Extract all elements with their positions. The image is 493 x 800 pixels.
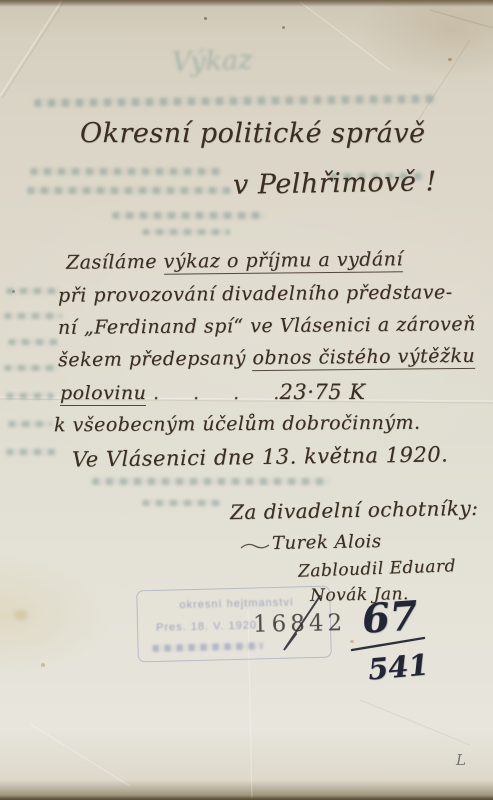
address-line1: Okresní politické správě [80, 118, 426, 149]
signature-flourish [240, 540, 270, 552]
scan-edge-bottom [0, 795, 493, 800]
body-line5: polovinu . . . . 23·75 K [60, 380, 365, 404]
paper-speck [282, 26, 285, 29]
registry-number-strike [270, 594, 330, 664]
closing: Za divadelní ochotníky: [230, 496, 479, 524]
body-line6: k všeobecným účelům dobročinným. [54, 412, 421, 437]
paper-speck [448, 58, 452, 61]
body-line4-underlined: obnos čistého výtěžku [252, 345, 475, 371]
address-line2: v Pelhřimově ! [233, 166, 437, 201]
signature-1: Turek Alois [272, 531, 382, 554]
body-line4-pre: šekem předepsaný [58, 347, 253, 371]
ghost-line [4, 313, 62, 319]
paper-stain [14, 610, 28, 620]
document-scan: Výkaz Okresní politické správě v Pelhřim… [0, 0, 493, 800]
ghost-line [27, 187, 232, 194]
body-line3: ní „Ferdinand spí“ ve Vlásenici a zárove… [58, 313, 476, 339]
ghost-line [4, 365, 60, 371]
ghost-line [92, 478, 330, 485]
body-line1: Zasíláme výkaz o příjmu a vydání [66, 248, 403, 274]
ghost-line [6, 449, 56, 455]
body-line2: při provozování divadelního představe- [58, 281, 453, 306]
stamp-date: Pres. 18. V. 1920 [156, 619, 257, 633]
body-line4: šekem předepsaný obnos čistého výtěžku [58, 345, 475, 371]
stamp-illegible-line [152, 642, 262, 652]
ghost-line [8, 421, 52, 427]
scan-edge-top [0, 0, 493, 7]
body-line1-underlined: výkaz o příjmu a vydání [163, 248, 403, 275]
file-number-denominator: 541 [367, 647, 430, 686]
ghost-line [6, 288, 61, 294]
paper-speck [41, 663, 45, 667]
amount-label: polovinu [60, 382, 146, 406]
ghost-line [112, 212, 264, 219]
ghost-line [142, 500, 222, 506]
ghost-line [30, 168, 222, 175]
ghost-title: Výkaz [171, 45, 252, 79]
amount-value: 23·75 K [280, 380, 366, 404]
pencil-mark: L [456, 751, 466, 769]
paper-speck [204, 17, 207, 20]
ghost-line [142, 229, 230, 235]
body-line1-pre: Zasíláme [66, 251, 164, 274]
ghost-line [6, 393, 54, 399]
dot-leaders: . . . . [153, 382, 273, 404]
ghost-line [8, 339, 58, 345]
